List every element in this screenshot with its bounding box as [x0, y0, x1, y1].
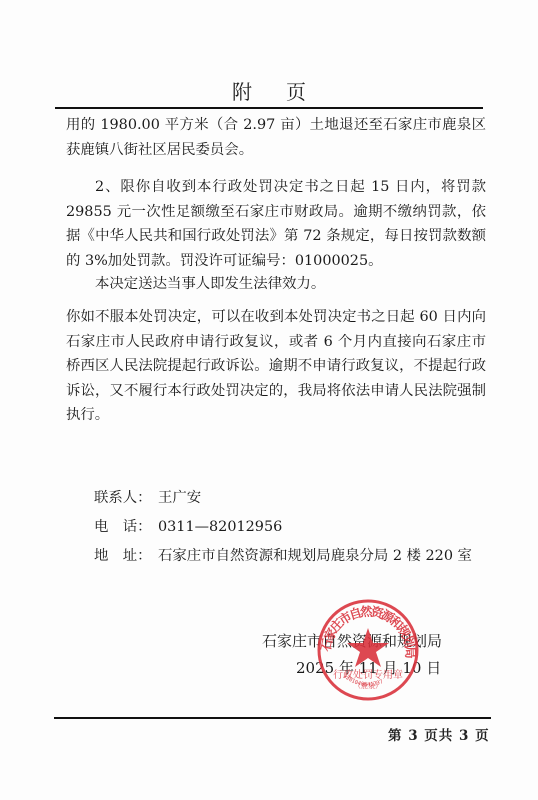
contact-address-value: 石家庄市自然资源和规划局鹿泉分局 2 楼 220 室	[158, 544, 472, 569]
official-seal-icon: 石家庄市自然资源和规划局 行政处罚专用章 （鹿泉） 1301040641297	[316, 598, 420, 702]
paragraph-land-return: 用的 1980.00 平方米（合 2.97 亩）土地退还至石家庄市鹿泉区获鹿镇八…	[66, 113, 486, 162]
footer-rule	[54, 717, 491, 719]
contact-phone-label: 电 话：	[94, 515, 158, 540]
document-page: 附页 用的 1980.00 平方米（合 2.97 亩）土地退还至石家庄市鹿泉区获…	[0, 0, 538, 800]
paragraph-appeal: 你如不服本处罚决定，可以在收到本处罚决定书之日起 60 日内向石家庄市人民政府申…	[66, 305, 486, 428]
body-section-4: 你如不服本处罚决定，可以在收到本处罚决定书之日起 60 日内向石家庄市人民政府申…	[66, 305, 486, 428]
contact-phone-value: 0311—82012956	[158, 515, 282, 540]
header-rule	[55, 107, 483, 109]
contact-address-row: 地 址： 石家庄市自然资源和规划局鹿泉分局 2 楼 220 室	[94, 544, 472, 573]
paragraph-effective: 本决定送达当事人即发生法律效力。	[66, 272, 486, 297]
paragraph-fine-item: 2、限你自收到本行政处罚决定书之日起 15 日内，将罚款 29855 元一次性足…	[66, 175, 486, 273]
contact-person-value: 王广安	[158, 486, 201, 511]
contact-address-label: 地 址：	[94, 544, 158, 569]
body-section-2: 2、限你自收到本行政处罚决定书之日起 15 日内，将罚款 29855 元一次性足…	[66, 175, 486, 273]
contact-phone-row: 电 话： 0311—82012956	[94, 515, 472, 544]
page-indicator: 第 3 页共 3 页	[388, 724, 490, 744]
contact-person-row: 联系人： 王广安	[94, 486, 472, 515]
body-section-1: 用的 1980.00 平方米（合 2.97 亩）土地退还至石家庄市鹿泉区获鹿镇八…	[66, 113, 486, 162]
body-section-3: 本决定送达当事人即发生法律效力。	[66, 272, 486, 297]
page-title: 附页	[0, 76, 538, 105]
contact-person-label: 联系人：	[94, 486, 158, 511]
contact-block: 联系人： 王广安 电 话： 0311—82012956 地 址： 石家庄市自然资…	[94, 486, 472, 573]
